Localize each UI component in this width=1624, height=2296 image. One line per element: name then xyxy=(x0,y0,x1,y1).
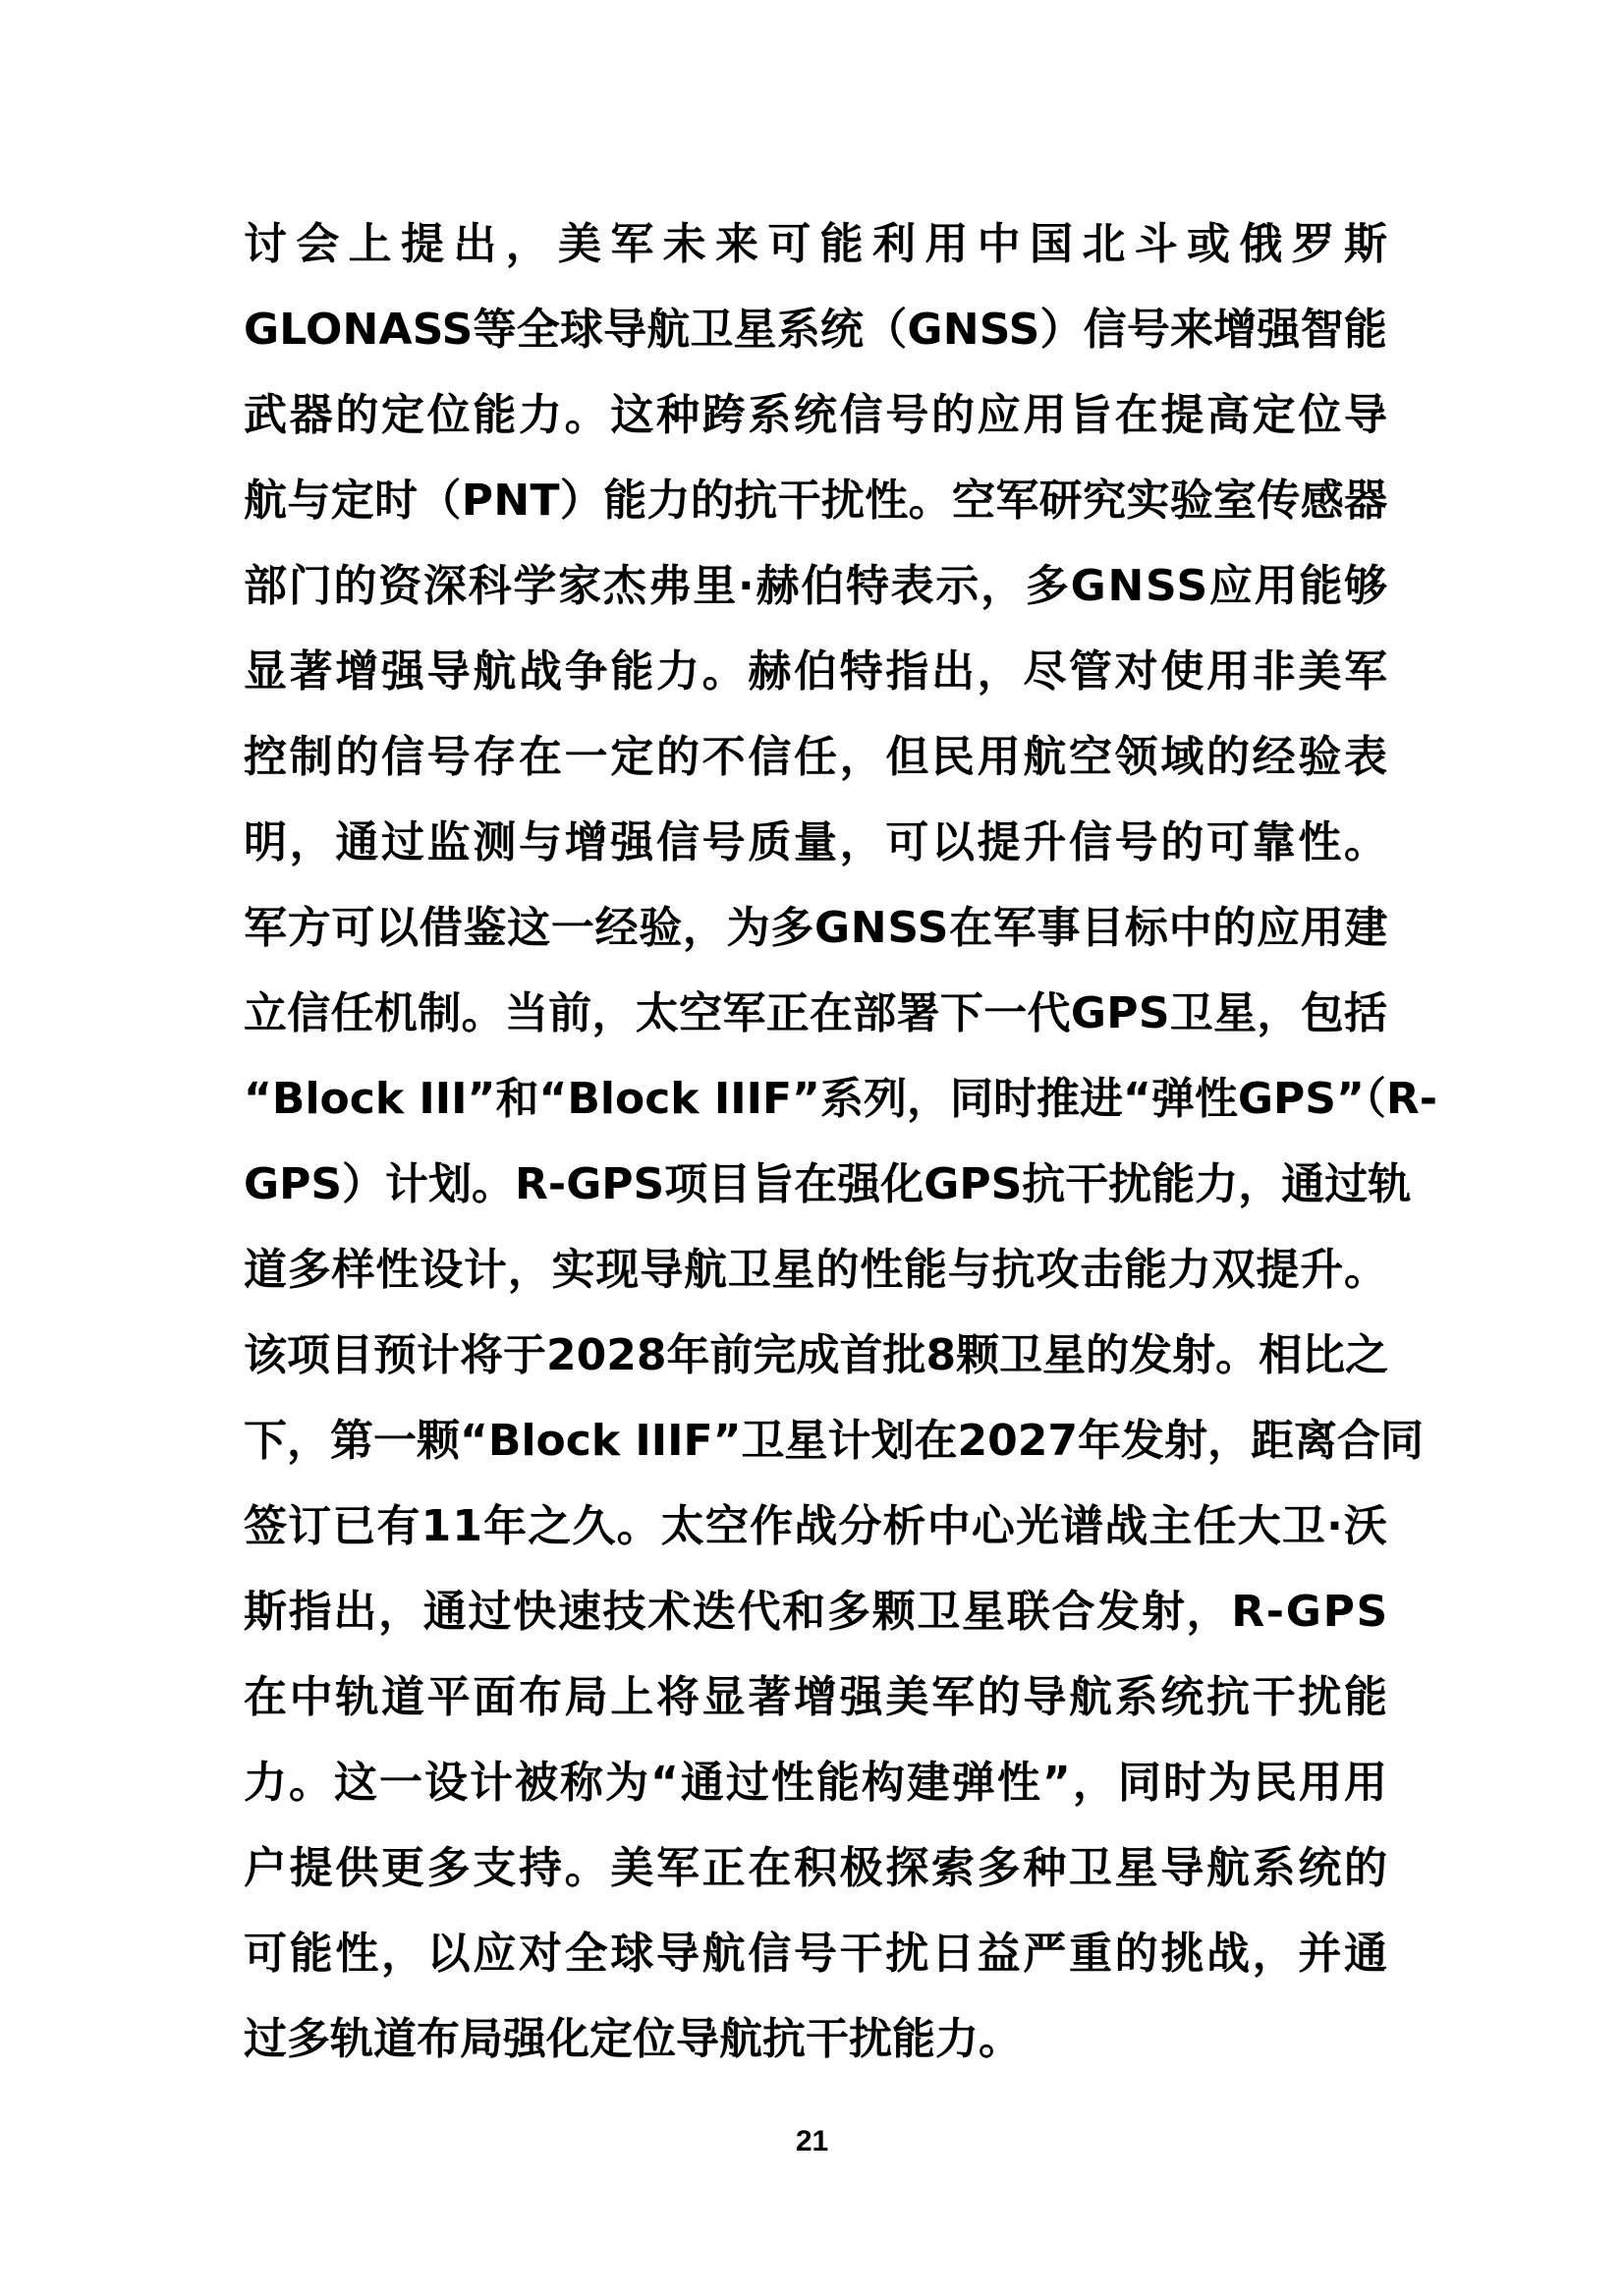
text-line: “Block III”和“Block IIIF”系列，同时推进“弹性GPS”（R… xyxy=(244,1056,1387,1142)
text-line: 部门的资深科学家杰弗里·赫伯特表示，多GNSS应用能够 xyxy=(244,543,1387,629)
text-line: 在中轨道平面布局上将显著增强美军的导航系统抗干扰能 xyxy=(244,1654,1387,1740)
text-line: 武器的定位能力。这种跨系统信号的应用旨在提高定位导 xyxy=(244,372,1387,458)
text-line: 斯指出，通过快速技术迭代和多颗卫星联合发射，R-GPS xyxy=(244,1569,1387,1654)
text-line: 道多样性设计，实现导航卫星的性能与抗攻击能力双提升。 xyxy=(244,1227,1387,1313)
page-number: 21 xyxy=(0,2122,1624,2161)
text-line: 该项目预计将于2028年前完成首批8颗卫星的发射。相比之 xyxy=(244,1313,1387,1398)
text-line: GPS）计划。R-GPS项目旨在强化GPS抗干扰能力，通过轨 xyxy=(244,1142,1387,1227)
text-line: 讨会上提出，美军未来可能利用中国北斗或俄罗斯 xyxy=(244,201,1387,287)
text-line: 显著增强导航战争能力。赫伯特指出，尽管对使用非美军 xyxy=(244,629,1387,714)
text-line: 控制的信号存在一定的不信任，但民用航空领域的经验表 xyxy=(244,714,1387,800)
text-line: 签订已有11年之久。太空作战分析中心光谱战主任大卫·沃 xyxy=(244,1484,1387,1569)
text-line-last: 过多轨道布局强化定位导航抗干扰能力。 xyxy=(244,1996,1387,2082)
text-line: 下，第一颗“Block IIIF”卫星计划在2027年发射，距离合同 xyxy=(244,1398,1387,1484)
text-line: 航与定时（PNT）能力的抗干扰性。空军研究实验室传感器 xyxy=(244,458,1387,543)
text-line: 户提供更多支持。美军正在积极探索多种卫星导航系统的 xyxy=(244,1825,1387,1911)
text-line: 立信任机制。当前，太空军正在部署下一代GPS卫星，包括 xyxy=(244,971,1387,1056)
text-line: 力。这一设计被称为“通过性能构建弹性”，同时为民用用 xyxy=(244,1740,1387,1825)
document-page: 讨会上提出，美军未来可能利用中国北斗或俄罗斯 GLONASS等全球导航卫星系统（… xyxy=(0,0,1624,2296)
body-paragraph: 讨会上提出，美军未来可能利用中国北斗或俄罗斯 GLONASS等全球导航卫星系统（… xyxy=(244,201,1387,2082)
text-line: GLONASS等全球导航卫星系统（GNSS）信号来增强智能 xyxy=(244,287,1387,372)
text-line: 明，通过监测与增强信号质量，可以提升信号的可靠性。 xyxy=(244,800,1387,885)
text-line: 军方可以借鉴这一经验，为多GNSS在军事目标中的应用建 xyxy=(244,885,1387,971)
text-line: 可能性，以应对全球导航信号干扰日益严重的挑战，并通 xyxy=(244,1911,1387,1996)
